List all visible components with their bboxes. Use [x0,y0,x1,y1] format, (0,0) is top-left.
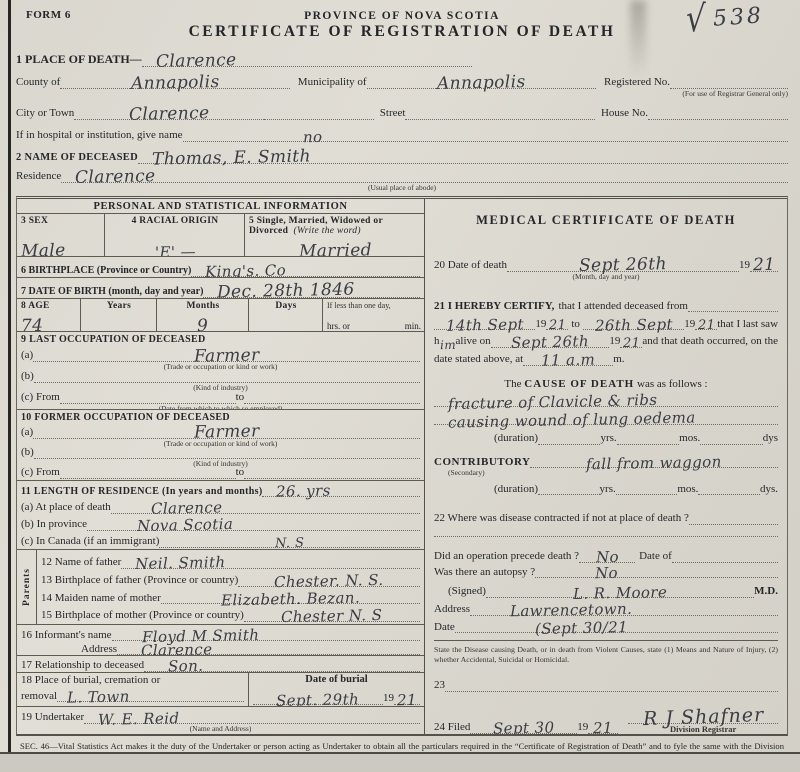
length-title: 11 LENGTH OF RESIDENCE (In years and mon… [21,484,262,497]
form-number: FORM 6 [26,9,71,21]
q22-fill [689,511,778,525]
certify-rest: that I attended deceased from [558,300,688,313]
marital-label-line2: Divorced (Write the word) [249,226,421,236]
page-bottom-edge [0,752,800,772]
occ10-b-label: (b) [21,446,34,459]
informant-field: Floyd M Smith [112,625,420,641]
mother-name-label: 14 Maiden name of mother [41,592,161,605]
days-label: Days [253,301,319,311]
occ10-b-field [34,448,420,459]
alive-year-value: 21 [623,338,641,350]
marital-label-divorced: Divorced [249,226,288,236]
attended-to-value: 26th Sept [594,318,672,333]
former-occupation-title: 10 FORMER OCCUPATION OF DECEASED [21,410,420,423]
md-label: M.D. [754,585,778,598]
md-address-value: Lawrencetown. [510,603,633,619]
signed-label: (Signed) [448,585,486,598]
him-value: im [439,340,455,351]
cause-value-1: fracture of Clavicle & ribs [448,394,658,412]
dod-year-prefix: 19 [739,259,750,272]
dod-year-field: 21 [750,252,778,272]
parents-label: Parents [22,568,32,606]
age-label: 8 AGE [21,301,77,311]
burial-place-line: removal L. Town [21,686,244,702]
alive-on-text: alive on [456,335,491,348]
certificate-content: FORM 6 PROVINCE OF NOVA SCOTIA √ 538 CER… [16,5,788,772]
from-year-prefix: 19 [535,318,546,331]
birthplace-label: 6 BIRTHPLACE (Province or Country) [21,265,191,277]
registrar-signature: R J Shafner [642,707,764,728]
marital-value: Married [298,243,371,257]
city-value: Clarence [129,106,210,123]
occ9-a-value: Farmer [194,348,260,365]
occ9-c-to-field [244,392,420,404]
parents-section: Parents 12 Name of father Neil. Smith 13… [17,550,424,626]
occurred-text: and that death occurred, on the [642,335,778,348]
date-of-death-line: 20 Date of death Sept 26th 19 21 [434,252,778,272]
filed-line: 24 Filed Sept 30 19 21 R J Shafner Divis… [434,710,778,734]
occ9-b-line: (b) [21,371,420,383]
certify-line-2: 14th Sept 19 21 to 26th Sept 19 21 that … [434,312,778,330]
q22-line: 22 Where was disease contracted if not a… [434,511,778,525]
registrar-signature-block: R J Shafner Division Registrar [628,706,778,734]
street-label: Street [380,107,406,120]
informant-name-line: 16 Informant's name Floyd M Smith [21,625,420,641]
burial-place-cell: 18 Place of burial, cremation or removal… [17,673,249,706]
filed-year-field: 21 [588,710,618,734]
sex-value: Male [21,243,66,257]
undertaker-note: (Name and Address) [21,724,420,733]
length-c-value: N. S [275,538,305,550]
marital-status-cell: 5 Single, Married, Widowed or Divorced (… [245,214,424,256]
dod-year-value: 21 [753,258,776,274]
to-year-value: 21 [697,320,715,332]
personal-statistical-column: PERSONAL AND STATISTICAL INFORMATION 3 S… [17,199,425,734]
medical-certificate-column: MEDICAL CERTIFICATE OF DEATH 20 Date of … [425,199,787,734]
from-year-value: 21 [549,320,567,332]
place-of-death-value: Clarence [156,53,237,70]
parents-rows: 12 Name of father Neil. Smith 13 Birthpl… [37,550,424,625]
father-name-value: Neil. Smith [135,556,226,571]
age-value: 74 [21,318,44,332]
occ10-a-line: (a) Farmer [21,423,420,439]
dys-label-1: dys [763,432,778,445]
place-of-death-label: 1 PLACE OF DEATH— [16,53,142,67]
md-address-line: Address Lawrencetown. [434,598,778,616]
occ9-c-label: (c) From [21,391,60,404]
relationship-label: 17 Relationship to deceased [21,659,144,672]
divider-rule [434,640,778,641]
occ9-b-note: (Kind of industry) [21,383,420,392]
father-birthplace-label: 13 Birthplace of father (Province or cou… [41,574,238,587]
street-field [405,98,594,120]
place-of-death-line: 1 PLACE OF DEATH— Clarence [16,45,788,67]
age-cell: 8 AGE 74 [17,299,81,331]
residence-label: Residence [16,170,61,183]
cause-of-death-title: The CAUSE OF DEATH was as follows : [434,378,778,390]
signed-value: L. R. Moore [573,586,667,601]
to-year-field: 21 [695,312,717,330]
line-23-label: 23 [434,679,445,692]
cause-line-1: fracture of Clavicle & ribs [434,390,778,408]
burial-date-cell: Date of burial Sept. 29th 19 21 [249,673,424,706]
occ9-b-field [34,371,420,383]
county-line: County of Annapolis Municipality of Anna… [16,67,788,89]
contributory-line: CONTRIBUTORY fall from waggon [434,449,778,469]
relationship-value: Son. [168,660,204,673]
left-edge-rule [8,0,11,753]
informant-label: 16 Informant's name [21,629,112,642]
length-value: 26. yrs [276,485,331,500]
less-than-day-cell: If less than one day, hrs. or min. [323,299,424,331]
age-value-wrap: 74 [21,311,77,331]
filed-label: 24 Filed [434,721,470,734]
last-occupation-section: 9 LAST OCCUPATION OF DECEASED (a) Farmer… [17,332,424,410]
length-field: 26. yrs [262,481,420,497]
hospital-field: no [183,120,788,142]
mother-birthplace-label: 15 Birthplace of mother (Province or cou… [41,609,244,622]
spacer [16,89,682,98]
hrs-label: hrs. or [327,321,350,331]
date-of-death-label: 20 Date of death [434,259,507,272]
personal-section-title: PERSONAL AND STATISTICAL INFORMATION [17,199,424,214]
city-line: City or Town Clarence Street House No. [16,98,788,120]
undertaker-field: W. E. Reid [84,708,420,724]
length-a-line: (a) At place of death Clarence [21,497,420,514]
racial-origin-label: 4 RACIAL ORIGIN [109,216,241,226]
occ10-c-line: (c) From to [21,468,420,479]
operation-label: Did an operation precede death ? [434,550,579,563]
occ9-b-label: (b) [21,370,34,383]
name-of-deceased-field: Thomas, E. Smith [138,142,788,164]
certify-line-4: date stated above, at 11 a.m m. [434,348,778,366]
attended-to-field: 26th Sept [583,312,684,330]
from-year-field: 21 [546,312,568,330]
sex-cell: 3 SEX Male [17,214,105,256]
sex-label: 3 SEX [21,216,101,226]
birthplace-value: King's. Co [205,264,286,277]
to-year-prefix: 19 [684,318,695,331]
city-field: Clarence [74,98,263,120]
occ9-c-line: (c) From to [21,392,420,404]
registrar-signature-field: R J Shafner [628,706,778,724]
father-name-label: 12 Name of father [41,556,121,569]
autopsy-field: No [535,563,778,579]
municipality-label: Municipality of [298,76,367,89]
date-of-death-value: Sept 26th [579,257,667,274]
father-birthplace-value: Chester. N. S. [274,574,384,590]
mos-label-2: mos. [677,483,698,496]
municipality-field: Annapolis [367,67,596,89]
signed-field: L. R. Moore [486,578,754,598]
filed-date-value: Sept 30 [493,722,555,734]
duration-line-2: (duration) yrs. mos. dys. [434,479,778,495]
burial-place-field: L. Town [57,686,244,702]
contributory-field: fall from waggon [530,449,778,469]
marital-label-line1: 5 Single, Married, Widowed or [249,216,421,226]
name-of-deceased-value: Thomas, E. Smith [152,149,311,168]
yrs-label-1: yrs. [600,432,616,445]
county-value: Annapolis [131,75,220,92]
length-b-field: Nova Scotia [87,514,420,531]
duration-label-1: (duration) [494,432,538,445]
occ10-a-value: Farmer [194,425,260,442]
contributory-value: fall from waggon [586,456,722,472]
burial-date-label: Date of burial [253,674,420,686]
burial-label-line1: 18 Place of burial, cremation or [21,674,244,687]
operation-date-field [672,547,778,563]
yrs-label-2: yrs. [600,483,616,496]
sex-value-wrap: Male [21,226,101,256]
to-word: to [571,318,580,331]
registered-no-note: (For use of Registrar General only) [682,89,788,98]
informant-section: 16 Informant's name Floyd M Smith Addres… [17,625,424,656]
violent-causes-note: State the Disease causing Death, or in d… [434,645,778,664]
duration-fill-1b [617,429,679,445]
burial-year-value: 21 [397,693,417,707]
burial-place-value: L. Town [67,690,130,705]
hrs-min-line: hrs. or min. [327,310,421,331]
duration-line-1: (duration) yrs. mos. dys [434,429,778,445]
last-saw-text: that I last saw [717,318,778,331]
md-address-label: Address [434,603,470,616]
attended-from-field: 14th Sept [434,312,535,330]
days-cell: Days [249,299,323,331]
mother-name-line: 14 Maiden name of mother Elizabeth. Beza… [41,587,420,604]
years-cell: Years [81,299,157,331]
certificate-title: CERTIFICATE OF REGISTRATION OF DEATH [16,23,788,45]
q22-fill-2 [434,525,778,537]
birthplace-row: 6 BIRTHPLACE (Province or Country) King'… [17,257,424,278]
md-address-field: Lawrencetown. [470,598,778,616]
date-of-birth-line: 7 DATE OF BIRTH (month, day and year) De… [21,278,420,298]
h-text: h [434,335,440,348]
marital-value-wrap: Married [249,236,421,256]
min-label: min. [405,321,421,331]
medical-section-title: MEDICAL CERTIFICATE OF DEATH [434,213,778,228]
alive-year-prefix: 19 [609,335,620,348]
months-cell: Months 9 [157,299,249,331]
duration-label-2: (duration) [494,483,538,496]
city-field-cont [264,98,374,120]
burial-date-line: Sept. 29th 19 21 [253,686,420,705]
filed-year-prefix: 19 [577,721,588,734]
duration-fill-2a [538,479,600,495]
name-of-deceased-line: 2 NAME OF DECEASED Thomas, E. Smith [16,142,788,164]
occ10-c-to-label: to [236,466,245,479]
q22-line-2 [434,525,778,537]
cause-field-1: fracture of Clavicle & ribs [434,390,778,408]
duration-fill-2c [698,479,760,495]
mother-name-value: Elizabeth. Bezan. [221,591,360,607]
operation-field: No [579,547,635,563]
informant-address-field: Clarence [117,641,420,655]
m-suffix: m. [613,353,624,366]
birthplace-field: King's. Co [191,257,420,277]
contributory-label: CONTRIBUTORY [434,456,530,469]
burial-date-field: Sept. 29th [253,686,383,705]
age-row: 8 AGE 74 Years Months 9 Days If less tha [17,299,424,332]
md-date-line: Date (Sept 30/21 [434,616,778,634]
duration-fill-1c [700,429,762,445]
months-value-wrap: 9 [161,311,245,331]
date-of-birth-row: 7 DATE OF BIRTH (month, day and year) De… [17,278,424,299]
length-b-line: (b) In province Nova Scotia [21,514,420,531]
county-label: County of [16,76,60,89]
md-date-label: Date [434,621,455,634]
occ9-a-line: (a) Farmer [21,345,420,362]
occ10-b-line: (b) [21,448,420,459]
birthplace-line: 6 BIRTHPLACE (Province or Country) King'… [21,257,420,277]
length-a-label: (a) At place of death [21,501,111,514]
months-value: 9 [197,319,209,332]
cause-pre: The [504,378,521,390]
filed-date-field: Sept 30 [470,710,577,734]
md-date-value: (Sept 30/21 [535,621,628,636]
racial-origin-cell: 4 RACIAL ORIGIN 'E' — [105,214,245,256]
md-date-field: (Sept 30/21 [455,616,778,634]
residence-note: (Usual place of abode) [368,183,436,192]
racial-origin-value-wrap: 'E' — [109,226,241,256]
former-occupation-section: 10 FORMER OCCUPATION OF DECEASED (a) Far… [17,410,424,481]
registration-number-block: √ 538 [686,5,764,35]
occ10-a-field: Farmer [33,423,420,439]
father-name-line: 12 Name of father Neil. Smith [41,552,420,569]
duration-fill-2b [616,479,678,495]
relationship-section: 17 Relationship to deceased Son. [17,656,424,673]
time-value: 11 a.m [541,354,595,369]
autopsy-value: No [595,567,618,581]
mother-birthplace-value: Chester N. S [281,609,383,625]
certify-bold: 21 I HEREBY CERTIFY, [434,300,554,313]
parents-tab: Parents [17,550,37,625]
length-a-value: Clarence [151,501,223,516]
informant-address-value: Clarence [141,643,213,656]
registered-no-field [670,67,788,89]
father-name-field: Neil. Smith [121,552,420,569]
residence-line: Residence Clarence [16,164,788,183]
undertaker-label: 19 Undertaker [21,711,84,724]
father-birthplace-field: Chester. N. S. [238,570,420,587]
line-23: 23 [434,678,778,692]
alive-date-value: Sept 26th [511,336,589,351]
hospital-value: no [302,130,322,144]
occ9-c-from-field [60,392,236,404]
residence-value: Clarence [75,169,156,186]
checkmark-icon: √ [685,1,706,40]
length-b-label: (b) In province [21,518,87,531]
duration-fill-1a [538,429,600,445]
father-birthplace-line: 13 Birthplace of father (Province or cou… [41,570,420,587]
operation-date-label: Date of [639,550,672,563]
filed-year-value: 21 [593,722,613,734]
undertaker-section: 19 Undertaker W. E. Reid (Name and Addre… [17,707,424,734]
occ10-c-label: (c) From [21,466,60,479]
house-no-field [648,98,788,120]
q22-label: 22 Where was disease contracted if not a… [434,512,689,525]
undertaker-value: W. E. Reid [98,712,180,727]
years-label: Years [85,301,153,311]
death-certificate-page: FORM 6 PROVINCE OF NOVA SCOTIA √ 538 CER… [0,0,800,772]
occ9-c-to-label: to [236,391,245,404]
less-than-day-label: If less than one day, [327,301,421,311]
occ10-c-from-field [60,468,236,479]
burial-date-value: Sept. 29th [276,693,359,707]
length-b-value: Nova Scotia [137,518,233,534]
registered-no-label: Registered No. [604,76,670,89]
cause-post: was as follows : [637,378,708,390]
informant-address-label: Address [81,643,117,656]
length-of-residence-section: 11 LENGTH OF RESIDENCE (In years and mon… [17,481,424,550]
months-label: Months [161,301,245,311]
occ10-c-to-field [244,468,420,479]
relationship-line: 17 Relationship to deceased Son. [21,656,420,672]
operation-value: No [595,551,618,565]
hospital-label: If in hospital or institution, give name [16,129,183,142]
length-title-line: 11 LENGTH OF RESIDENCE (In years and mon… [21,481,420,497]
certificate-number: 538 [712,3,765,31]
occ9-a-label: (a) [21,349,33,362]
date-of-death-field: Sept 26th [507,252,739,272]
relationship-field: Son. [144,656,420,672]
racial-origin-value: 'E' — [154,245,195,257]
house-no-label: House No. [601,107,648,120]
line-23-fill [445,678,778,692]
mother-name-field: Elizabeth. Bezan. [161,587,420,604]
burial-label-line2: removal [21,690,57,703]
statistical-and-medical-columns: PERSONAL AND STATISTICAL INFORMATION 3 S… [16,196,788,736]
place-of-death-field: Clarence [142,45,472,67]
province-heading: PROVINCE OF NOVA SCOTIA [16,5,788,22]
date-of-birth-label: 7 DATE OF BIRTH (month, day and year) [21,286,203,298]
operation-line: Did an operation precede death ? No Date… [434,547,778,563]
marital-write-note: (Write the word) [294,226,361,236]
dys-label-2: dys. [760,483,778,496]
cause-main: CAUSE OF DEATH [524,378,634,390]
cause-value-2: causing wound of lung oedema [448,411,696,430]
certify-line-1: 21 I HEREBY CERTIFY, that I attended dec… [434,297,778,313]
occ9-a-field: Farmer [33,345,420,362]
city-label: City or Town [16,107,74,120]
occ10-a-label: (a) [21,426,33,439]
mos-label-1: mos. [679,432,700,445]
autopsy-label: Was there an autopsy ? [434,566,535,579]
length-c-label: (c) In Canada (if an immigrant) [21,535,159,548]
autopsy-line: Was there an autopsy ? No [434,563,778,579]
undertaker-line: 19 Undertaker W. E. Reid [21,708,420,724]
burial-section: 18 Place of burial, cremation or removal… [17,673,424,707]
certify-from-lead [688,297,778,313]
sex-race-marital-row: 3 SEX Male 4 RACIAL ORIGIN 'E' — 5 Singl… [17,214,424,257]
burial-year-prefix: 19 [383,692,394,705]
header-row: FORM 6 PROVINCE OF NOVA SCOTIA √ 538 [16,5,788,23]
occ10-b-note: (Kind of industry) [21,459,420,468]
last-occupation-title: 9 LAST OCCUPATION OF DECEASED [21,332,420,345]
burial-year-field: 21 [394,686,420,705]
municipality-value: Annapolis [437,75,526,92]
date-of-birth-value: Dec. 28th 1846 [217,283,355,299]
name-of-deceased-label: 2 NAME OF DECEASED [16,152,138,164]
stated-above-text: date stated above, at [434,353,523,366]
length-a-field: Clarence [111,497,420,514]
date-of-birth-field: Dec. 28th 1846 [203,278,420,298]
attended-from-value: 14th Sept [446,318,524,333]
